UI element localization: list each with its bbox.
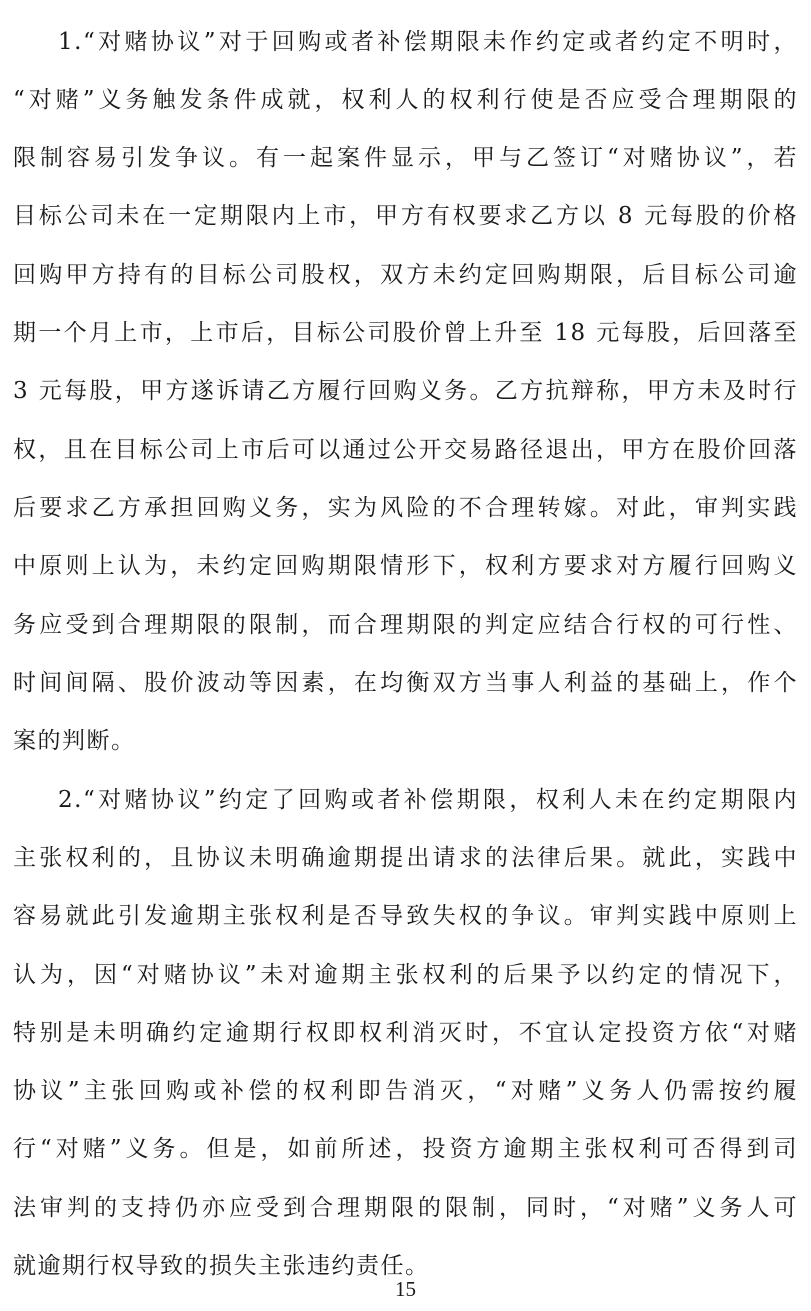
- text-line: 主张权利的，且协议未明确逾期提出请求的法律后果。就此，实践中: [13, 838, 798, 878]
- text-line: 案的判断。: [13, 721, 798, 761]
- text-line: 权，且在目标公司上市后可以通过公开交易路径退出，甲方在股价回落: [13, 430, 798, 470]
- text-line: 3 元每股，甲方遂诉请乙方履行回购义务。乙方抗辩称，甲方未及时行: [13, 371, 798, 411]
- text-line: 容易就此引发逾期主张权利是否导致失权的争议。审判实践中原则上: [13, 896, 798, 936]
- text-line: 2.“对赌协议”约定了回购或者补偿期限，权利人未在约定期限内: [58, 780, 798, 820]
- text-line: 时间间隔、股价波动等因素，在均衡双方当事人利益的基础上，作个: [13, 663, 798, 703]
- text-line: 后要求乙方承担回购义务，实为风险的不合理转嫁。对此，审判实践: [13, 488, 798, 528]
- text-line: 特别是未明确约定逾期行权即权利消灭时，不宜认定投资方依“对赌: [13, 1013, 798, 1053]
- text-line: 限制容易引发争议。有一起案件显示，甲与乙签订“对赌协议”，若: [13, 138, 798, 178]
- text-line: 行“对赌”义务。但是，如前所述，投资方逾期主张权利可否得到司: [13, 1129, 798, 1169]
- text-line: 回购甲方持有的目标公司股权，双方未约定回购期限，后目标公司逾: [13, 255, 798, 295]
- text-line: 协议”主张回购或补偿的权利即告消灭，“对赌”义务人仍需按约履: [13, 1071, 798, 1111]
- document-page: 1.“对赌协议”对于回购或者补偿期限未作约定或者约定不明时， “对赌”义务触发条…: [0, 0, 811, 1311]
- page-number: 15: [0, 1274, 811, 1304]
- text-line: 期一个月上市，上市后，目标公司股价曾上升至 18 元每股，后回落至: [13, 313, 798, 353]
- text-line: 法审判的支持仍亦应受到合理期限的限制，同时，“对赌”义务人可: [13, 1188, 798, 1228]
- text-line: “对赌”义务触发条件成就，权利人的权利行使是否应受合理期限的: [13, 80, 798, 120]
- text-line: 1.“对赌协议”对于回购或者补偿期限未作约定或者约定不明时，: [58, 22, 798, 62]
- text-line: 中原则上认为，未约定回购期限情形下，权利方要求对方履行回购义: [13, 546, 798, 586]
- text-line: 目标公司未在一定期限内上市，甲方有权要求乙方以 8 元每股的价格: [13, 196, 798, 236]
- text-line: 务应受到合理期限的限制，而合理期限的判定应结合行权的可行性、: [13, 605, 798, 645]
- text-line: 认为，因“对赌协议”未对逾期主张权利的后果予以约定的情况下，: [13, 955, 798, 995]
